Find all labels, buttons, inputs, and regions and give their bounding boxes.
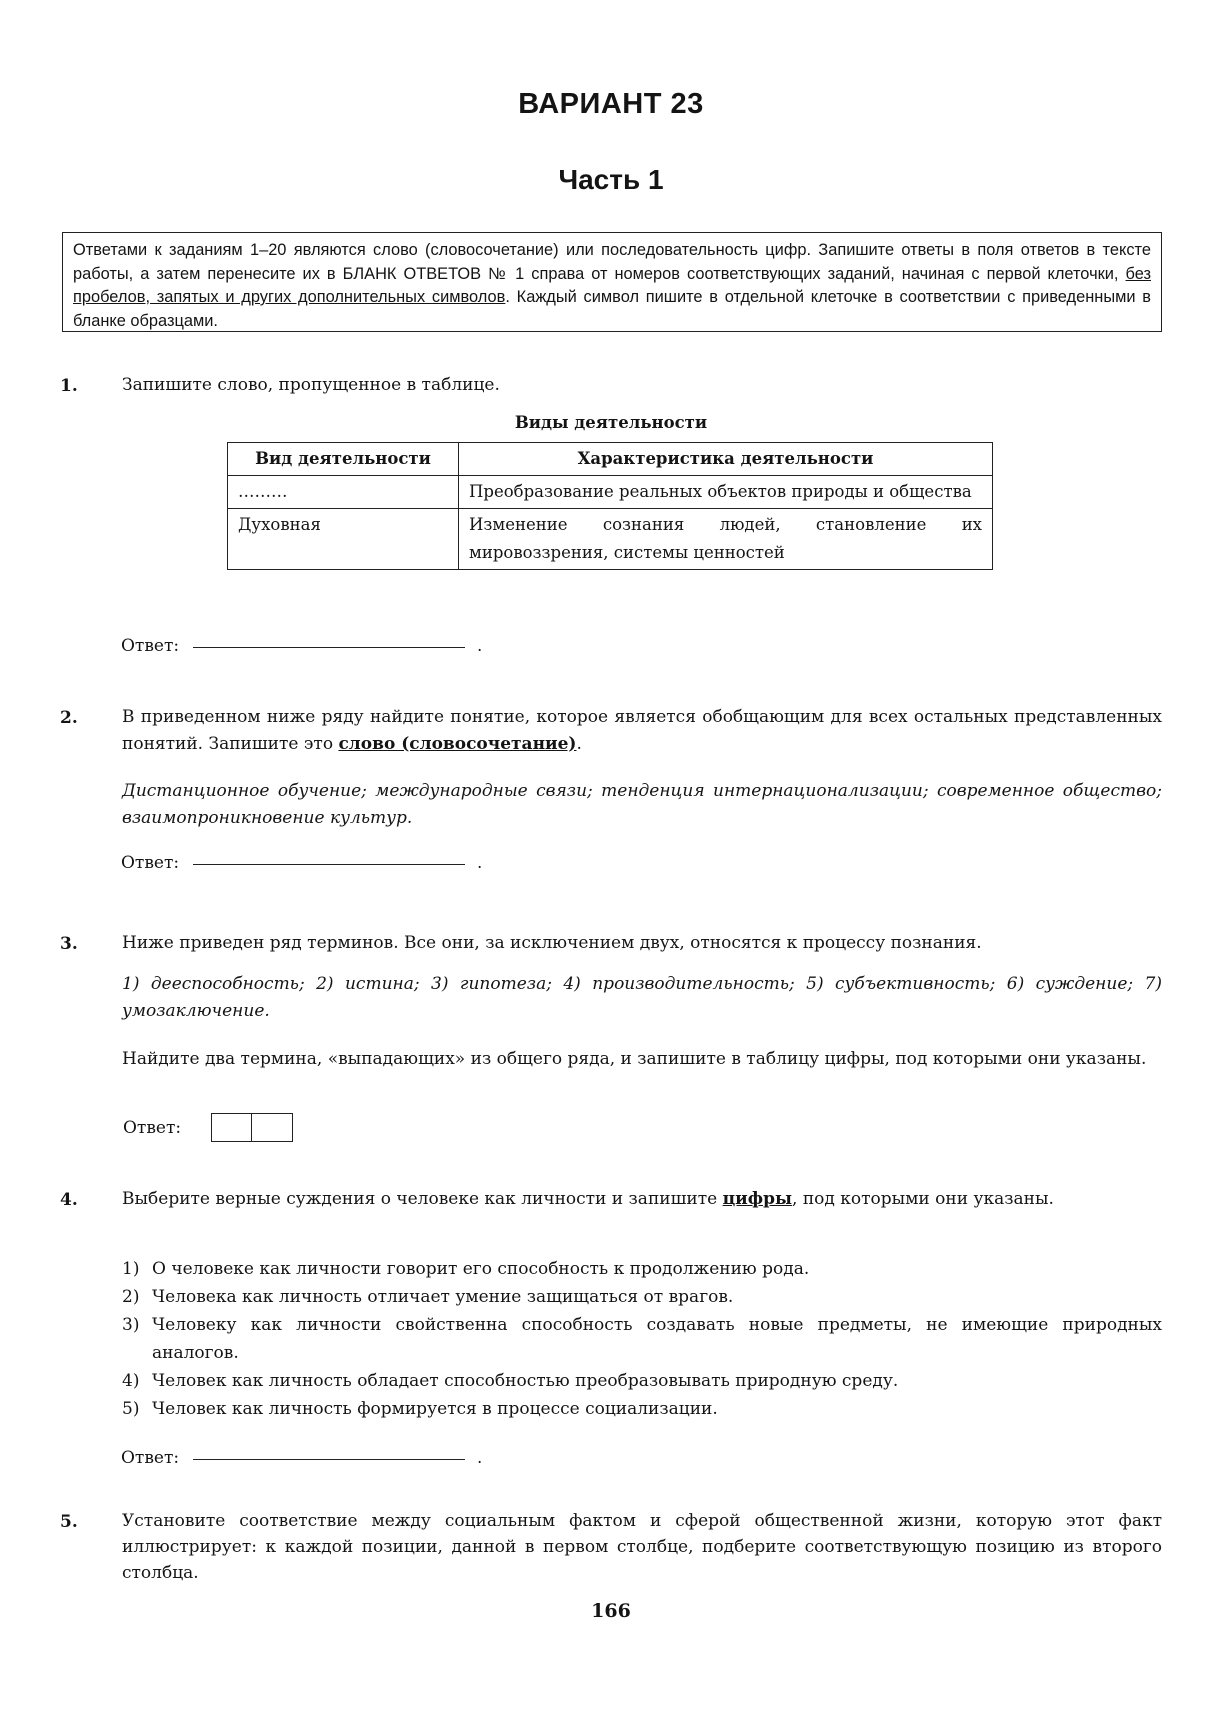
task-2-text: В приведенном ниже ряду найдите понятие,… xyxy=(122,704,1162,758)
task-3-text: Ниже приведен ряд терминов. Все они, за … xyxy=(122,930,1162,957)
task-3-answer: Ответ: xyxy=(123,1113,293,1142)
task-2-answer-field[interactable] xyxy=(193,863,465,865)
task-5-number: 5. xyxy=(60,1512,78,1532)
option-item: 3)Человеку как личности свойственна спос… xyxy=(122,1311,1162,1367)
task-2-text-end: . xyxy=(576,734,581,754)
task-1-number: 1. xyxy=(60,376,78,396)
task-1-answer: Ответ:. xyxy=(121,636,482,656)
option-number: 1) xyxy=(122,1255,152,1283)
option-text: Человек как личность обладает способност… xyxy=(152,1367,1162,1395)
option-item: 4)Человек как личность обладает способно… xyxy=(122,1367,1162,1395)
task-2-text-main: В приведенном ниже ряду найдите понятие,… xyxy=(122,707,1162,754)
option-text: Человека как личность отличает умение за… xyxy=(152,1283,1162,1311)
activity-table: Вид деятельности Характеристика деятельн… xyxy=(227,442,993,570)
option-number: 5) xyxy=(122,1395,152,1423)
instructions-text: Ответами к заданиям 1–20 являются слово … xyxy=(73,241,1151,283)
task-4-text: Выберите верные суждения о человеке как … xyxy=(122,1186,1162,1213)
part-title: Часть 1 xyxy=(0,164,1222,196)
answer-label: Ответ: xyxy=(121,1448,179,1468)
table-row: ……… Преобразование реальных объектов при… xyxy=(228,476,993,509)
table-header: Характеристика деятельности xyxy=(459,443,993,476)
task-3-terms: 1) дееспособность; 2) истина; 3) гипотез… xyxy=(122,971,1162,1025)
table-cell: Изменение сознания людей, становление их… xyxy=(459,509,993,570)
answer-label: Ответ: xyxy=(121,853,179,873)
task-2-answer: Ответ:. xyxy=(121,853,482,873)
task-4-answer: Ответ:. xyxy=(121,1448,482,1468)
task-3-number: 3. xyxy=(60,934,78,954)
answer-dot: . xyxy=(477,1448,482,1467)
option-item: 2)Человека как личность отличает умение … xyxy=(122,1283,1162,1311)
answer-label: Ответ: xyxy=(123,1118,181,1138)
table-cell: Духовная xyxy=(228,509,459,570)
task-4-number: 4. xyxy=(60,1190,78,1210)
task-2-number: 2. xyxy=(60,708,78,728)
answer-label: Ответ: xyxy=(121,636,179,656)
option-text: Человеку как личности свойственна способ… xyxy=(152,1311,1162,1367)
task-1-answer-field[interactable] xyxy=(193,646,465,648)
task-1-text: Запишите слово, пропущенное в таблице. xyxy=(122,372,1162,399)
table-row: Духовная Изменение сознания людей, стано… xyxy=(228,509,993,570)
option-number: 4) xyxy=(122,1367,152,1395)
answer-cell-1[interactable] xyxy=(211,1113,252,1142)
table-cell-missing: ……… xyxy=(228,476,459,509)
table-caption: Виды деятельности xyxy=(0,413,1222,432)
option-item: 1)О человеке как личности говорит его сп… xyxy=(122,1255,1162,1283)
instructions-box: Ответами к заданиям 1–20 являются слово … xyxy=(62,232,1162,332)
variant-title: ВАРИАНТ 23 xyxy=(0,88,1222,121)
task-3-instruction: Найдите два термина, «выпадающих» из общ… xyxy=(122,1046,1162,1073)
task-2-series: Дистанционное обучение; международные св… xyxy=(122,778,1162,832)
table-header-row: Вид деятельности Характеристика деятельн… xyxy=(228,443,993,476)
answer-dot: . xyxy=(477,853,482,872)
answer-cell-2[interactable] xyxy=(252,1113,293,1142)
table-header: Вид деятельности xyxy=(228,443,459,476)
task-4-options: 1)О человеке как личности говорит его сп… xyxy=(122,1255,1162,1423)
table-cell: Преобразование реальных объектов природы… xyxy=(459,476,993,509)
task-5-text: Установите соответствие между социальным… xyxy=(122,1508,1162,1586)
task-2-emphasis: слово (словосочетание) xyxy=(338,734,576,754)
page-number: 166 xyxy=(0,1600,1222,1622)
task-4-emphasis: цифры xyxy=(723,1189,792,1209)
task-4-text-end: , под которыми они указаны. xyxy=(792,1189,1054,1209)
option-text: Человек как личность формируется в проце… xyxy=(152,1395,1162,1423)
option-text: О человеке как личности говорит его спос… xyxy=(152,1255,1162,1283)
task-4-text-main: Выберите верные суждения о человеке как … xyxy=(122,1189,723,1209)
task-4-answer-field[interactable] xyxy=(193,1458,465,1460)
option-number: 3) xyxy=(122,1311,152,1367)
option-number: 2) xyxy=(122,1283,152,1311)
task-3-answer-cells xyxy=(211,1113,293,1142)
answer-dot: . xyxy=(477,636,482,655)
option-item: 5)Человек как личность формируется в про… xyxy=(122,1395,1162,1423)
